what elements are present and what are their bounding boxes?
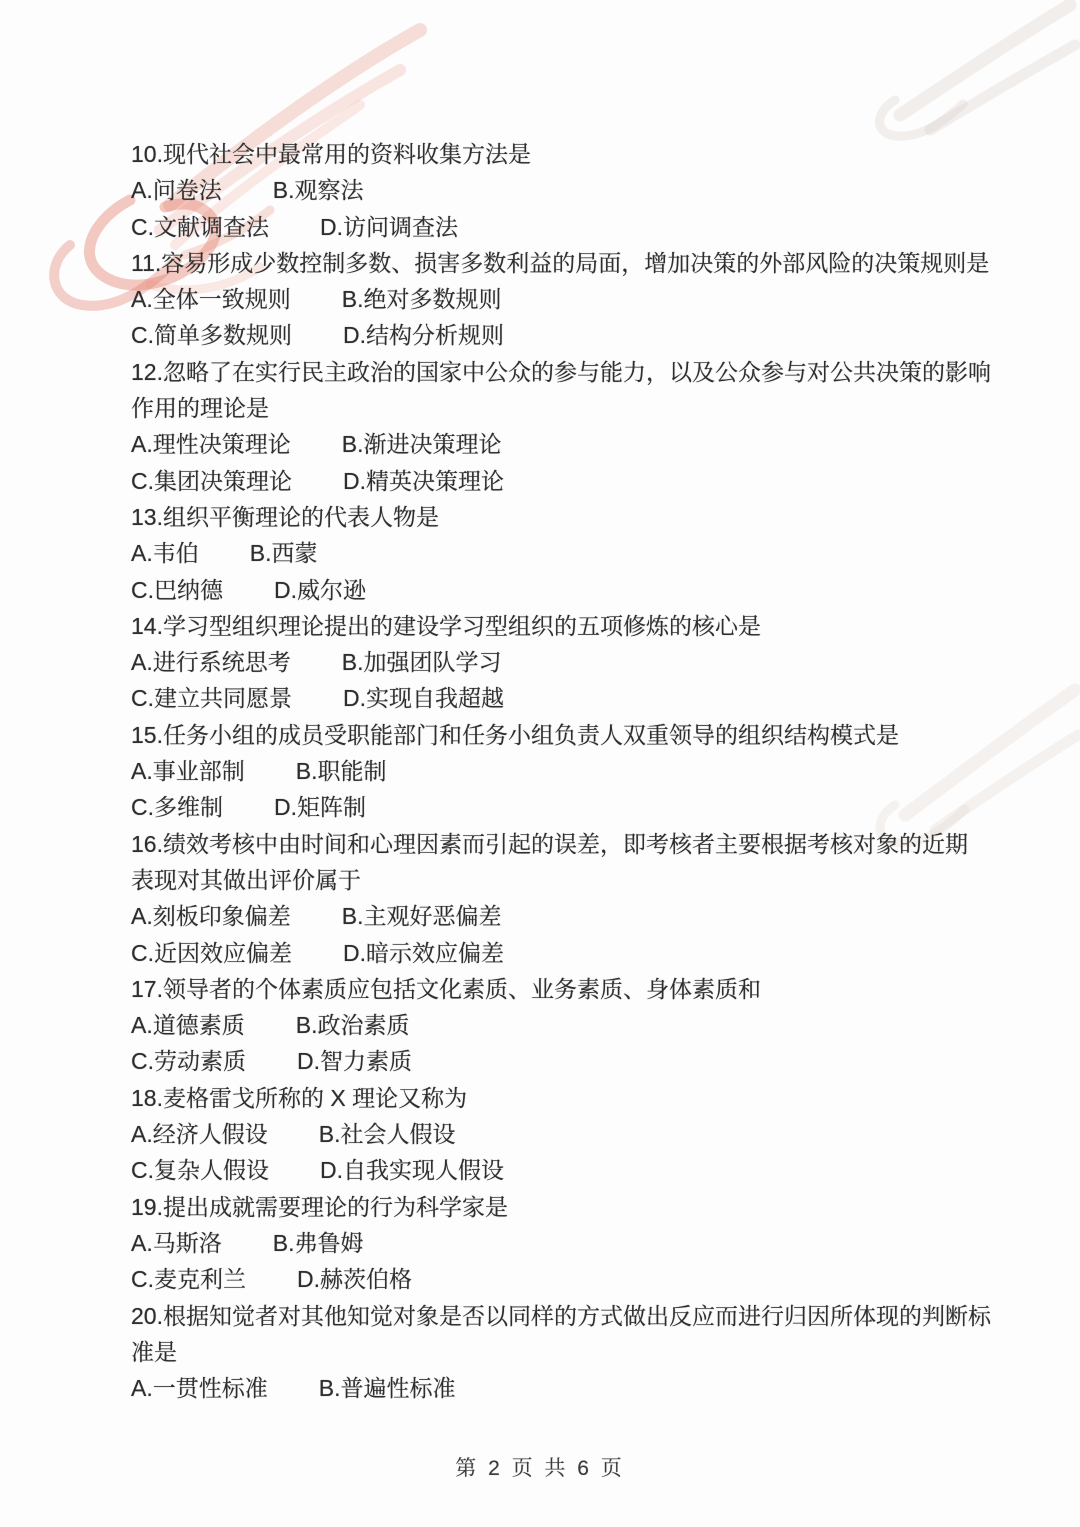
option-a: A.问卷法 bbox=[131, 172, 222, 208]
question-list: 10.现代社会中最常用的资料收集方法是 A.问卷法 B.观察法 C.文献调查法 … bbox=[131, 136, 991, 1406]
question-14: 14.学习型组织理论提出的建设学习型组织的五项修炼的核心是 A.进行系统思考 B… bbox=[131, 608, 991, 717]
question-stem: 20.根据知觉者对其他知觉对象是否以同样的方式做出反应而进行归因所体现的判断标 bbox=[131, 1298, 991, 1334]
option-b: B.渐进决策理论 bbox=[342, 426, 502, 462]
option-a: A.刻板印象偏差 bbox=[131, 898, 291, 934]
question-stem: 11.容易形成少数控制多数、损害多数利益的局面，增加决策的外部风险的决策规则是 bbox=[131, 245, 991, 281]
question-15: 15.任务小组的成员受职能部门和任务小组负责人双重领导的组织结构模式是 A.事业… bbox=[131, 717, 991, 826]
option-c: C.巴纳德 bbox=[131, 572, 223, 608]
option-d: D.威尔逊 bbox=[274, 572, 366, 608]
page-number-footer: 第 2 页 共 6 页 bbox=[0, 1452, 1080, 1482]
option-c: C.文献调查法 bbox=[131, 209, 269, 245]
option-d: D.智力素质 bbox=[297, 1043, 412, 1079]
option-row: C.巴纳德 D.威尔逊 bbox=[131, 572, 991, 608]
option-d: D.矩阵制 bbox=[274, 789, 366, 825]
question-10: 10.现代社会中最常用的资料收集方法是 A.问卷法 B.观察法 C.文献调查法 … bbox=[131, 136, 991, 245]
option-row: A.马斯洛 B.弗鲁姆 bbox=[131, 1225, 991, 1261]
option-a: A.进行系统思考 bbox=[131, 644, 291, 680]
question-stem-continued: 表现对其做出评价属于 bbox=[131, 862, 991, 898]
option-c: C.近因效应偏差 bbox=[131, 935, 292, 971]
question-stem-continued: 作用的理论是 bbox=[131, 390, 991, 426]
option-b: B.西蒙 bbox=[250, 535, 318, 571]
option-row: A.进行系统思考 B.加强团队学习 bbox=[131, 644, 991, 680]
option-b: B.加强团队学习 bbox=[342, 644, 502, 680]
option-d: D.自我实现人假设 bbox=[320, 1152, 504, 1188]
option-c: C.麦克利兰 bbox=[131, 1261, 246, 1297]
question-17: 17.领导者的个体素质应包括文化素质、业务素质、身体素质和 A.道德素质 B.政… bbox=[131, 971, 991, 1080]
question-11: 11.容易形成少数控制多数、损害多数利益的局面，增加决策的外部风险的决策规则是 … bbox=[131, 245, 991, 354]
option-row: C.文献调查法 D.访问调查法 bbox=[131, 209, 991, 245]
option-a: A.马斯洛 bbox=[131, 1225, 222, 1261]
option-a: A.经济人假设 bbox=[131, 1116, 268, 1152]
question-20: 20.根据知觉者对其他知觉对象是否以同样的方式做出反应而进行归因所体现的判断标 … bbox=[131, 1298, 991, 1407]
option-b: B.普遍性标准 bbox=[319, 1370, 456, 1406]
question-stem: 10.现代社会中最常用的资料收集方法是 bbox=[131, 136, 991, 172]
option-b: B.绝对多数规则 bbox=[342, 281, 502, 317]
option-d: D.暗示效应偏差 bbox=[343, 935, 504, 971]
option-c: C.多维制 bbox=[131, 789, 223, 825]
option-c: C.复杂人假设 bbox=[131, 1152, 269, 1188]
scanned-exam-page: 10.现代社会中最常用的资料收集方法是 A.问卷法 B.观察法 C.文献调查法 … bbox=[0, 0, 1080, 1527]
option-b: B.弗鲁姆 bbox=[273, 1225, 364, 1261]
option-row: A.事业部制 B.职能制 bbox=[131, 753, 991, 789]
option-c: C.建立共同愿景 bbox=[131, 680, 292, 716]
option-d: D.访问调查法 bbox=[320, 209, 458, 245]
option-row: C.劳动素质 D.智力素质 bbox=[131, 1043, 991, 1079]
option-row: A.经济人假设 B.社会人假设 bbox=[131, 1116, 991, 1152]
option-a: A.韦伯 bbox=[131, 535, 199, 571]
option-a: A.一贯性标准 bbox=[131, 1370, 268, 1406]
option-row: A.全体一致规则 B.绝对多数规则 bbox=[131, 281, 991, 317]
option-c: C.集团决策理论 bbox=[131, 463, 292, 499]
question-stem: 14.学习型组织理论提出的建设学习型组织的五项修炼的核心是 bbox=[131, 608, 991, 644]
option-b: B.社会人假设 bbox=[319, 1116, 456, 1152]
question-19: 19.提出成就需要理论的行为科学家是 A.马斯洛 B.弗鲁姆 C.麦克利兰 D.… bbox=[131, 1189, 991, 1298]
option-row: C.多维制 D.矩阵制 bbox=[131, 789, 991, 825]
question-stem: 19.提出成就需要理论的行为科学家是 bbox=[131, 1189, 991, 1225]
option-a: A.全体一致规则 bbox=[131, 281, 291, 317]
question-13: 13.组织平衡理论的代表人物是 A.韦伯 B.西蒙 C.巴纳德 D.威尔逊 bbox=[131, 499, 991, 608]
option-c: C.劳动素质 bbox=[131, 1043, 246, 1079]
option-d: D.精英决策理论 bbox=[343, 463, 504, 499]
option-a: A.事业部制 bbox=[131, 753, 245, 789]
question-stem: 17.领导者的个体素质应包括文化素质、业务素质、身体素质和 bbox=[131, 971, 991, 1007]
question-stem: 12.忽略了在实行民主政治的国家中公众的参与能力，以及公众参与对公共决策的影响 bbox=[131, 354, 991, 390]
option-row: A.理性决策理论 B.渐进决策理论 bbox=[131, 426, 991, 462]
option-row: C.复杂人假设 D.自我实现人假设 bbox=[131, 1152, 991, 1188]
option-b: B.政治素质 bbox=[296, 1007, 410, 1043]
option-row: C.简单多数规则 D.结构分析规则 bbox=[131, 317, 991, 353]
option-d: D.赫茨伯格 bbox=[297, 1261, 412, 1297]
option-row: A.问卷法 B.观察法 bbox=[131, 172, 991, 208]
option-row: A.韦伯 B.西蒙 bbox=[131, 535, 991, 571]
question-stem: 15.任务小组的成员受职能部门和任务小组负责人双重领导的组织结构模式是 bbox=[131, 717, 991, 753]
option-b: B.主观好恶偏差 bbox=[342, 898, 502, 934]
question-stem: 13.组织平衡理论的代表人物是 bbox=[131, 499, 991, 535]
option-row: C.集团决策理论 D.精英决策理论 bbox=[131, 463, 991, 499]
option-row: C.建立共同愿景 D.实现自我超越 bbox=[131, 680, 991, 716]
question-stem: 18.麦格雷戈所称的 X 理论又称为 bbox=[131, 1080, 991, 1116]
option-row: C.近因效应偏差 D.暗示效应偏差 bbox=[131, 935, 991, 971]
question-12: 12.忽略了在实行民主政治的国家中公众的参与能力，以及公众参与对公共决策的影响 … bbox=[131, 354, 991, 499]
option-row: A.道德素质 B.政治素质 bbox=[131, 1007, 991, 1043]
option-b: B.观察法 bbox=[273, 172, 364, 208]
option-a: A.道德素质 bbox=[131, 1007, 245, 1043]
option-row: A.一贯性标准 B.普遍性标准 bbox=[131, 1370, 991, 1406]
option-b: B.职能制 bbox=[296, 753, 387, 789]
option-d: D.实现自我超越 bbox=[343, 680, 504, 716]
option-row: C.麦克利兰 D.赫茨伯格 bbox=[131, 1261, 991, 1297]
option-row: A.刻板印象偏差 B.主观好恶偏差 bbox=[131, 898, 991, 934]
question-16: 16.绩效考核中由时间和心理因素而引起的误差，即考核者主要根据考核对象的近期 表… bbox=[131, 826, 991, 971]
question-stem: 16.绩效考核中由时间和心理因素而引起的误差，即考核者主要根据考核对象的近期 bbox=[131, 826, 991, 862]
question-stem-continued: 准是 bbox=[131, 1334, 991, 1370]
option-d: D.结构分析规则 bbox=[343, 317, 504, 353]
question-18: 18.麦格雷戈所称的 X 理论又称为 A.经济人假设 B.社会人假设 C.复杂人… bbox=[131, 1080, 991, 1189]
option-c: C.简单多数规则 bbox=[131, 317, 292, 353]
option-a: A.理性决策理论 bbox=[131, 426, 291, 462]
